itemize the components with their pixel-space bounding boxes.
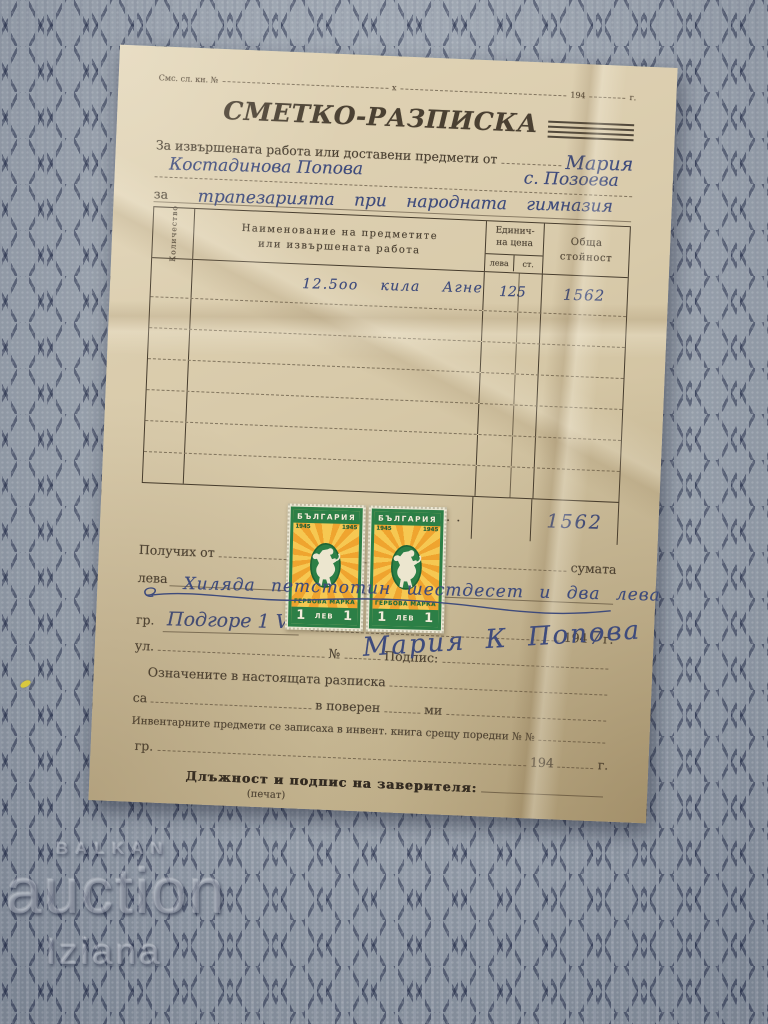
unit-label-2: на цена <box>496 238 533 251</box>
stamp-value-unit: ЛЕВ <box>396 614 415 622</box>
st-sublabel: ст. <box>513 255 543 272</box>
city2-label: гр. <box>134 738 153 754</box>
revenue-stamp: БЪЛГАРИЯ 1945 1945 ГЕРБОВА МАРКА 1 ЛЕВ <box>285 503 366 631</box>
blank-line <box>590 94 626 99</box>
blank-line <box>222 79 388 89</box>
leva-label: лева <box>137 570 167 586</box>
document-title: СМЕТКО-РАЗПИСКА <box>223 96 539 138</box>
unit-price-handwritten: 125 <box>499 284 526 301</box>
total-row-price-column <box>471 497 533 541</box>
year2-suffix: г. <box>597 757 608 772</box>
stamp-frame: БЪЛГАРИЯ 1945 1945 ГЕРБОВА МАРКА 1 ЛЕВ <box>288 507 363 629</box>
quantity-label: Количество <box>168 205 179 262</box>
blank-line <box>501 161 562 167</box>
stamp-frame: БЪЛГАРИЯ 1945 1945 ГЕРБОВА МАРКА 1 ЛЕВ <box>369 509 444 631</box>
unit-price-subheader: лева ст. <box>485 253 543 272</box>
cell-total: 1562 <box>540 275 628 317</box>
leva-sublabel: лева <box>485 254 514 271</box>
serial-sep: х <box>392 83 397 92</box>
revenue-stamp: БЪЛГАРИЯ 1945 1945 ГЕРБОВА МАРКА 1 ЛЕВ <box>366 505 447 633</box>
unit-price-label: Единич- на цена <box>486 221 544 255</box>
note-sa-label: са <box>132 690 147 706</box>
street-label: ул. <box>135 638 155 654</box>
stamp-value-band: 1 ЛЕВ 1 <box>291 607 357 626</box>
receipt-document: Смс. сл. кн. № х 194 г. СМЕТКО-РАЗПИСКА … <box>88 45 677 824</box>
year2-printed: 194 <box>530 754 554 770</box>
stamp-value-unit: ЛЕВ <box>315 612 334 620</box>
cell-unit-price: 125 <box>482 272 542 312</box>
revenue-stamps: БЪЛГАРИЯ 1945 1945 ГЕРБОВА МАРКА 1 ЛЕВ <box>285 503 447 633</box>
stamp-value-band: 1 ЛЕВ 1 <box>372 609 438 628</box>
city-label: гр. <box>136 612 155 628</box>
stamp-value-left: 1 <box>377 610 386 625</box>
stamp-value-right: 1 <box>424 611 433 626</box>
blank-line <box>384 709 420 714</box>
cell-quantity <box>151 258 193 298</box>
total-label-1: Обща <box>570 235 602 251</box>
total-handwritten: 1562 <box>563 284 606 308</box>
total-row-value-cell: 1562 <box>531 499 620 545</box>
item-name-handwritten: 12.5оо кила Агне <box>302 274 484 299</box>
stamp-value-right: 1 <box>343 609 352 624</box>
number-label: № <box>328 646 340 661</box>
items-table: Количество Наименование на предметите ил… <box>142 206 631 503</box>
serial-year: 194 <box>570 91 586 101</box>
note-mi-label: ми <box>424 702 443 718</box>
stamp-value-left: 1 <box>296 608 305 623</box>
total-value-handwritten: 1562 <box>546 510 603 533</box>
col-quantity-header: Количество <box>152 207 194 259</box>
title-underline-marks <box>548 120 635 141</box>
col-total-header: Обща стойност <box>542 224 630 278</box>
payee-village-handwritten: с. Позоева <box>523 169 619 195</box>
serial-suffix: г. <box>629 93 636 102</box>
blank-line <box>539 738 606 744</box>
payee-name-handwritten: Костадинова Попова <box>169 155 364 184</box>
blank-line <box>400 86 566 96</box>
blank-line <box>558 765 594 770</box>
total-label-2: стойност <box>560 249 613 266</box>
seal-label: (печат) <box>247 789 286 802</box>
for-label: за <box>154 186 169 202</box>
serial-label: Смс. сл. кн. № <box>159 73 219 84</box>
col-unit-price-header: Единич- на цена лева ст. <box>484 221 544 273</box>
